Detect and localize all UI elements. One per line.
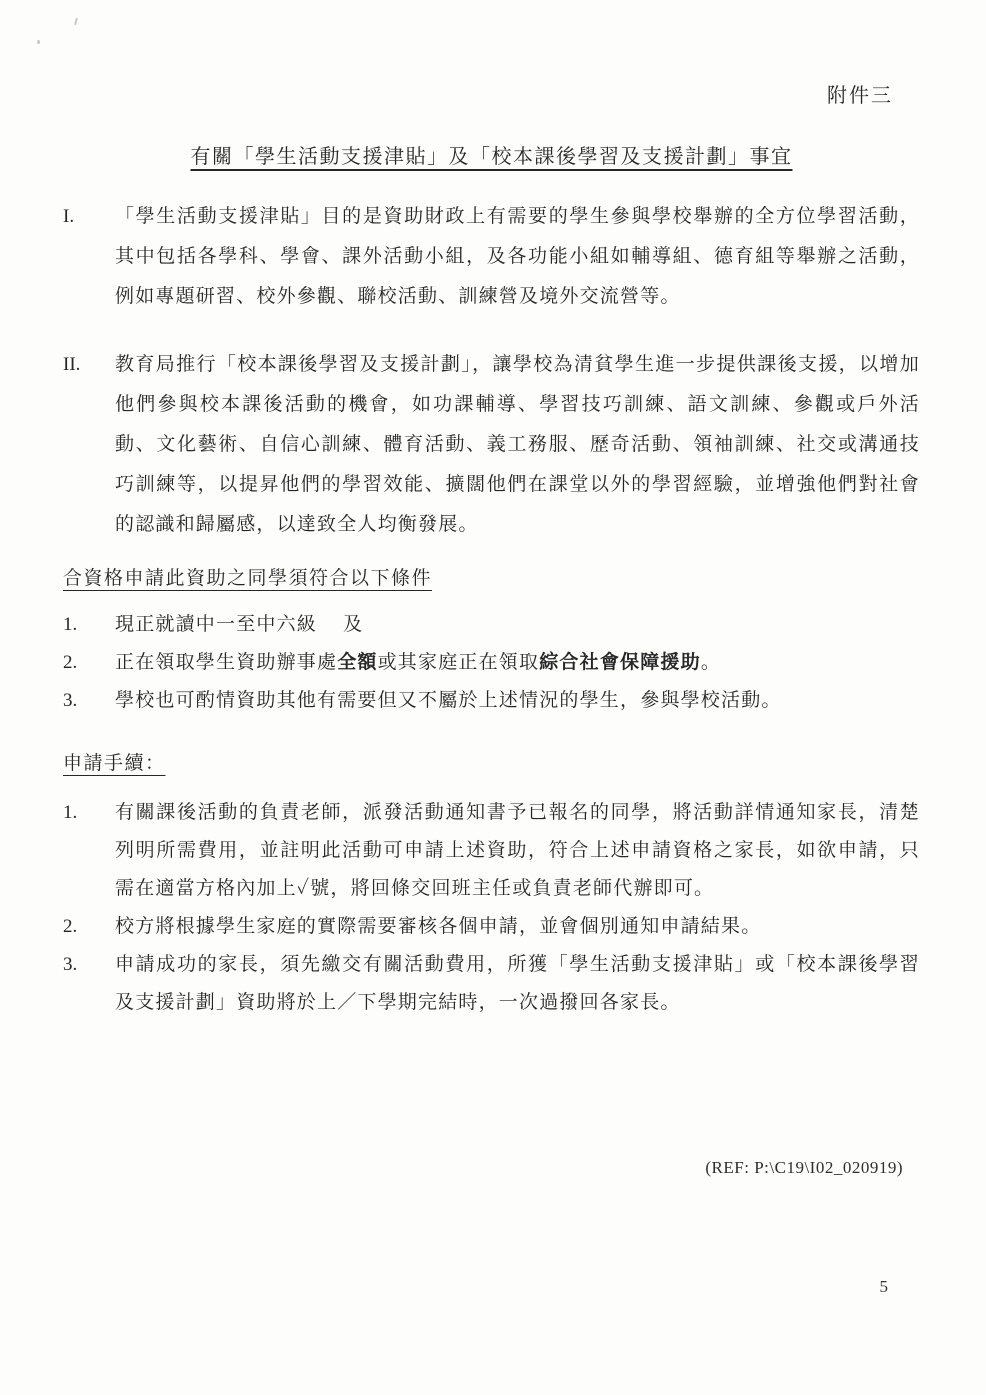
paragraph-item: II. 教育局推行「校本課後學習及支援計劃」，讓學校為清貧學生進一步提供課後支援… bbox=[63, 345, 920, 545]
paragraph-text: 「學生活動支援津貼」目的是資助財政上有需要的學生參與學校舉辦的全方位學習活動，其… bbox=[115, 197, 920, 317]
procedures-heading-text: 申請手續： bbox=[63, 753, 166, 774]
list-item: 2. 校方將根據學生家庭的實際需要審核各個申請，並會個別通知申請結果。 bbox=[63, 908, 920, 946]
list-item-text: 校方將根據學生家庭的實際需要審核各個申請，並會個別通知申請結果。 bbox=[115, 908, 920, 946]
list-item-number: 3. bbox=[63, 682, 115, 720]
attachment-label: 附件三 bbox=[63, 0, 920, 110]
bold-text: 全額 bbox=[337, 652, 377, 673]
list-item-text: 申請成功的家長，須先繳交有關活動費用，所獲「學生活動支援津貼」或「校本課後學習及… bbox=[115, 946, 920, 1022]
scan-artifact bbox=[37, 40, 40, 44]
list-item-text: 學校也可酌情資助其他有需要但又不屬於上述情況的學生，參與學校活動。 bbox=[115, 682, 920, 720]
list-item-number: 2. bbox=[63, 644, 115, 682]
list-item-text: 現正就讀中一至中六級 及 bbox=[115, 606, 920, 644]
list-item-text: 有關課後活動的負責老師，派發活動通知書予已報名的同學，將活動詳情通知家長，清楚列… bbox=[115, 794, 920, 908]
page-title: 有關「學生活動支援津貼」及「校本課後學習及支援計劃」事宜 bbox=[63, 143, 920, 171]
paragraph-number: II. bbox=[63, 345, 115, 545]
procedures-list: 1. 有關課後活動的負責老師，派發活動通知書予已報名的同學，將活動詳情通知家長，… bbox=[63, 794, 920, 1022]
eligibility-list: 1. 現正就讀中一至中六級 及 2. 正在領取學生資助辦事處全額或其家庭正在領取… bbox=[63, 606, 920, 720]
list-item-number: 2. bbox=[63, 908, 115, 946]
paragraph-text: 教育局推行「校本課後學習及支援計劃」，讓學校為清貧學生進一步提供課後支援，以增加… bbox=[115, 345, 920, 545]
reference-label: (REF: P:\C19\I02_020919) bbox=[63, 1156, 920, 1180]
list-item-text-segment: 正在領取學生資助辦事處 bbox=[115, 652, 337, 673]
list-item: 3. 學校也可酌情資助其他有需要但又不屬於上述情況的學生，參與學校活動。 bbox=[63, 682, 920, 720]
document-page: 附件三 有關「學生活動支援津貼」及「校本課後學習及支援計劃」事宜 I. 「學生活… bbox=[0, 0, 986, 1395]
list-item-number: 1. bbox=[63, 794, 115, 908]
list-item: 3. 申請成功的家長，須先繳交有關活動費用，所獲「學生活動支援津貼」或「校本課後… bbox=[63, 946, 920, 1022]
list-item-text-segment: 或其家庭正在領取 bbox=[378, 652, 540, 673]
bold-text: 綜合社會保障援助 bbox=[539, 652, 701, 673]
page-title-text: 有關「學生活動支援津貼」及「校本課後學習及支援計劃」事宜 bbox=[191, 146, 793, 168]
list-item: 1. 現正就讀中一至中六級 及 bbox=[63, 606, 920, 644]
paragraph-number: I. bbox=[63, 197, 115, 317]
list-item: 1. 有關課後活動的負責老師，派發活動通知書予已報名的同學，將活動詳情通知家長，… bbox=[63, 794, 920, 908]
list-item-number: 3. bbox=[63, 946, 115, 1022]
list-item-number: 1. bbox=[63, 606, 115, 644]
eligibility-heading: 合資格申請此資助之同學須符合以下條件 bbox=[63, 565, 920, 593]
page-number: 5 bbox=[63, 1276, 920, 1298]
list-item: 2. 正在領取學生資助辦事處全額或其家庭正在領取綜合社會保障援助。 bbox=[63, 644, 920, 682]
list-item-text: 正在領取學生資助辦事處全額或其家庭正在領取綜合社會保障援助。 bbox=[115, 644, 920, 682]
eligibility-heading-text: 合資格申請此資助之同學須符合以下條件 bbox=[63, 568, 432, 589]
procedures-heading: 申請手續： bbox=[63, 750, 920, 778]
list-item-text-segment: 。 bbox=[701, 652, 721, 673]
paragraph-item: I. 「學生活動支援津貼」目的是資助財政上有需要的學生參與學校舉辦的全方位學習活… bbox=[63, 197, 920, 317]
